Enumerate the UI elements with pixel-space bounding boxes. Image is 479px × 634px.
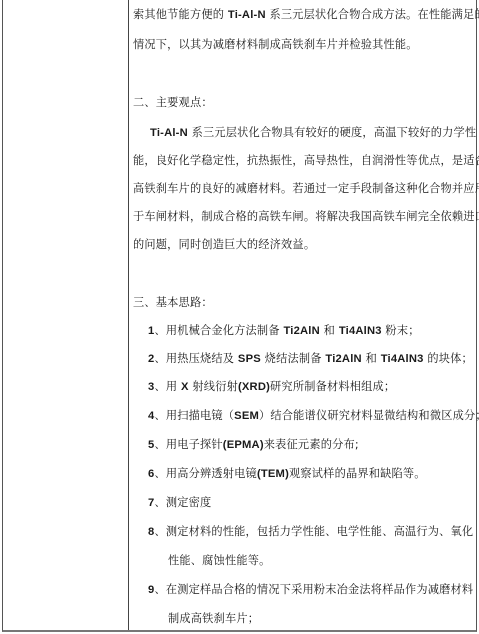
section-2-heading: 二、主要观点： (133, 96, 213, 110)
item-separator: 、 (154, 380, 165, 393)
item-separator: 、 (154, 583, 165, 596)
item-separator: 、 (154, 467, 165, 480)
item-term: Ti2AlN (283, 325, 319, 337)
item-text: 射线衍射 (189, 380, 238, 393)
item-term: (EPMA) (223, 439, 264, 451)
item-text: 研究所制备材料相组成； (270, 380, 395, 393)
item-text: 来表征元素的分布; (264, 438, 359, 451)
section-2-para-line-1: Ti-Al-N 系三元层状化合物具有较好的硬度，高温下较好的力学性 (150, 126, 476, 140)
intro-text: 系三元层状化合物合成方法。在性能满足的 (266, 8, 479, 21)
list-item: 2、用热压烧结及 SPS 烧结法制备 Ti2AlN 和 Ti4AlN3 的块体； (148, 352, 473, 366)
section-2-para-line-4: 于车闸材料，制成合格的高铁车闸。将解决我国高铁车闸完全依赖进口 (133, 210, 479, 224)
list-item: 4、用扫描电镜（SEM）结合能谱仪研究材料显微结构和微区成分； (148, 409, 479, 423)
list-item: 7、测定密度 (148, 496, 211, 510)
item-separator: 、 (154, 438, 165, 451)
item-text: 测定材料的性能，包括力学性能、电学性能、高温行为、氧化 (166, 525, 473, 538)
item-text: 用高分辨透射电镜 (166, 467, 257, 480)
item-text: 在测定样品合格的情况下采用粉末冶金法将样品作为减磨材料 (166, 583, 473, 596)
list-item: 9、在测定样品合格的情况下采用粉末冶金法将样品作为减磨材料 (148, 583, 473, 597)
item-text: 的块体； (424, 352, 473, 365)
item-text: 和 (320, 324, 339, 337)
left-column-cell (3, 0, 129, 630)
list-item-continuation: 制成高铁刹车片； (168, 612, 259, 626)
item-separator: 、 (154, 324, 165, 337)
list-item-continuation: 性能、腐蚀性能等。 (168, 554, 271, 568)
item-term: SPS (238, 353, 261, 365)
list-item: 1、用机械合金化方法制备 Ti2AlN 和 Ti4AlN3 粉末； (148, 324, 420, 338)
item-text: 观察试样的晶界和缺陷等。 (289, 467, 426, 480)
compound-name: Ti-Al-N (228, 9, 266, 21)
item-text: 用 (166, 380, 181, 393)
item-text: 用扫描电镜（ (166, 409, 234, 422)
item-term: Ti2AlN (325, 353, 361, 365)
item-text: 用热压烧结及 (166, 352, 238, 365)
item-term: (TEM) (257, 468, 289, 480)
item-text: 测定密度 (166, 496, 212, 509)
item-text: 用电子探针 (166, 438, 223, 451)
list-item: 6、用高分辨透射电镜(TEM)观察试样的晶界和缺陷等。 (148, 467, 426, 481)
item-text: 和 (362, 352, 381, 365)
section-3-heading: 三、基本思路： (133, 296, 213, 310)
section-2-para-line-5: 的问题，同时创造巨大的经济效益。 (133, 238, 315, 252)
item-term: (XRD) (238, 381, 270, 393)
list-item: 8、测定材料的性能，包括力学性能、电学性能、高温行为、氧化 (148, 525, 473, 539)
item-text: 烧结法制备 (261, 352, 325, 365)
item-text: 用机械合金化方法制备 (166, 324, 284, 337)
item-term: X (181, 381, 189, 393)
item-term: SEM (234, 410, 259, 422)
list-item: 3、用 X 射线衍射(XRD)研究所制备材料相组成； (148, 380, 395, 394)
item-separator: 、 (154, 352, 165, 365)
item-text: 粉末； (382, 324, 420, 337)
section-2-para-line-3: 高铁刹车片的良好的减磨材料。若通过一定手段制备这种化合物并应用 (133, 182, 479, 196)
item-term: Ti4AlN3 (339, 325, 382, 337)
item-term: Ti4AlN3 (381, 353, 424, 365)
item-text: ）结合能谱仪研究材料显微结构和微区成分； (259, 409, 479, 422)
list-item: 5、用电子探针(EPMA)来表征元素的分布; (148, 438, 359, 452)
para-text: 系三元层状化合物具有较好的硬度，高温下较好的力学性 (188, 126, 476, 139)
item-separator: 、 (154, 409, 165, 422)
intro-line-2: 情况下，以其为减磨材料制成高铁刹车片并检验其性能。 (133, 38, 418, 52)
intro-line-1: 索其他节能方便的 Ti-Al-N 系三元层状化合物合成方法。在性能满足的 (133, 8, 479, 22)
right-column-cell: 索其他节能方便的 Ti-Al-N 系三元层状化合物合成方法。在性能满足的 情况下… (130, 0, 476, 630)
document-table: 索其他节能方便的 Ti-Al-N 系三元层状化合物合成方法。在性能满足的 情况下… (2, 0, 477, 632)
item-separator: 、 (154, 496, 165, 509)
compound-name: Ti-Al-N (150, 127, 188, 139)
item-separator: 、 (154, 525, 165, 538)
intro-text: 索其他节能方便的 (133, 8, 228, 21)
section-2-para-line-2: 能，良好化学稳定性，抗热振性，高导热性，自润滑性等优点，是适合 (133, 154, 479, 168)
